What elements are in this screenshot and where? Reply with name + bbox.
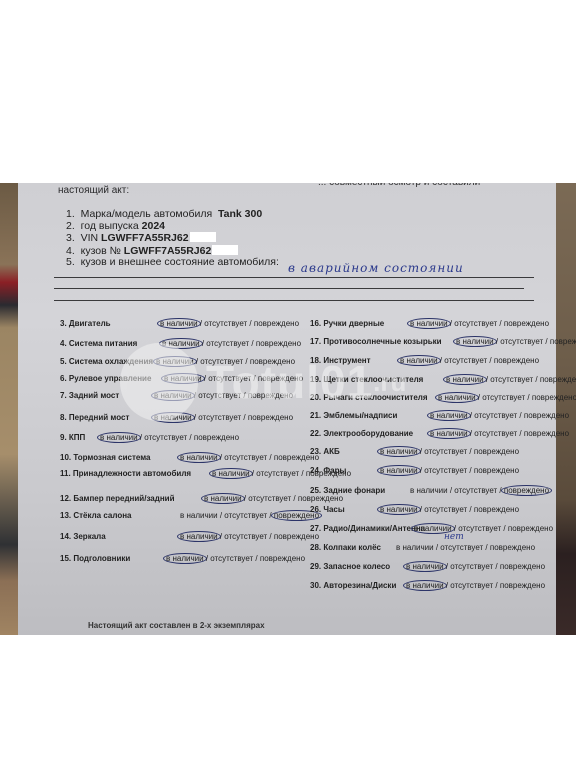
inspection-act-paper: ... совместный осмотр и составили настоя… <box>18 183 556 635</box>
item-options: в наличии / отсутствует / повреждено <box>164 374 303 383</box>
option-damaged[interactable]: повреждено <box>474 505 519 514</box>
intro-text: настоящий акт: <box>58 185 129 196</box>
left-checklist-item: 15. Подголовникив наличии / отсутствует … <box>60 554 130 563</box>
option-present[interactable]: в наличии <box>396 543 434 552</box>
option-damaged[interactable]: повреждено <box>504 319 549 328</box>
item-label: 23. АКБ <box>310 447 340 456</box>
option-damaged[interactable]: повреждено <box>524 429 569 438</box>
option-damaged[interactable]: повреждено <box>194 433 239 442</box>
item-label: 29. Запасное колесо <box>310 562 390 571</box>
right-checklist-item: 27. Радио/Динамики/Антеннав наличии / от… <box>310 524 425 533</box>
item-options: в наличии / отсутствует / повреждено <box>438 393 576 402</box>
option-present[interactable]: в наличии <box>377 465 421 476</box>
item-label: 27. Радио/Динамики/Антенна <box>310 524 425 533</box>
option-damaged[interactable]: повреждено <box>532 393 576 402</box>
item-options: в наличии / отсутствует / повреждено <box>162 339 301 348</box>
option-damaged[interactable]: повреждено <box>524 411 569 420</box>
item-label: 11. Принадлежности автомобиля <box>60 469 191 478</box>
option-absent[interactable]: отсутствует <box>474 429 517 438</box>
right-checklist-item: 22. Электрооборудованиев наличии / отсут… <box>310 429 413 438</box>
option-present[interactable]: в наличии <box>403 561 447 572</box>
item-label: 24. Фары <box>310 466 346 475</box>
left-checklist-item: 8. Передний моств наличии / отсутствует … <box>60 413 129 422</box>
item-label: 5. Система охлаждения <box>60 357 153 366</box>
line-1 <box>54 277 534 278</box>
option-absent[interactable]: отсутствует <box>474 411 517 420</box>
option-present[interactable]: в наличии <box>157 318 201 329</box>
right-checklist-item: 28. Колпаки колёсв наличии / отсутствует… <box>310 543 381 552</box>
option-absent[interactable]: отсутствует <box>144 433 187 442</box>
item-label: 17. Противосолнечные козырьки <box>310 337 442 346</box>
left-checklist-item: 6. Рулевое управлениев наличии / отсутст… <box>60 374 151 383</box>
info-year: 2. год выпуска 2024 <box>66 221 279 233</box>
item-options: в наличии / отсутствует / повреждено <box>156 357 295 366</box>
redaction-box <box>190 232 216 242</box>
item-label: 16. Ручки дверные <box>310 319 384 328</box>
left-checklist-item: 7. Задний моств наличии / отсутствует / … <box>60 391 119 400</box>
handwritten-note: нет <box>444 533 464 542</box>
redaction-box <box>212 245 238 255</box>
item-label: 19. Щетки стеклоочистителя <box>310 375 423 384</box>
option-damaged[interactable]: повреждено <box>260 554 305 563</box>
item-options: в наличии / отсутствует / повреждено <box>400 356 539 365</box>
right-checklist-item: 18. Инструментв наличии / отсутствует / … <box>310 356 371 365</box>
item-label: 21. Эмблемы/надписи <box>310 411 397 420</box>
option-absent[interactable]: отсутствует <box>450 581 493 590</box>
option-absent[interactable]: отсутствует <box>198 413 241 422</box>
left-checklist-item: 5. Система охлажденияв наличии / отсутст… <box>60 357 153 366</box>
vehicle-info-list: 1. Марка/модель автомобиля Tank 300 2. г… <box>66 209 279 269</box>
option-present[interactable]: в наличии <box>427 428 471 439</box>
item-label: 26. Часы <box>310 505 345 514</box>
option-present[interactable]: в наличии <box>180 511 218 520</box>
option-damaged[interactable]: повреждено <box>250 357 295 366</box>
right-checklist-item: 25. Задние фонарив наличии / отсутствует… <box>310 486 385 495</box>
background-left <box>0 183 20 635</box>
item-label: 4. Система питания <box>60 339 137 348</box>
option-absent[interactable]: отсутствует <box>224 511 267 520</box>
item-options: в наличии / отсутствует / повреждено <box>100 433 239 442</box>
left-checklist-item: 13. Стёкла салонав наличии / отсутствует… <box>60 511 131 520</box>
item-label: 10. Тормозная система <box>60 453 150 462</box>
option-damaged[interactable]: повреждено <box>540 375 576 384</box>
item-options: в наличии / отсутствует / повреждено <box>430 411 569 420</box>
item-label: 14. Зеркала <box>60 532 106 541</box>
option-absent[interactable]: отсутствует <box>450 562 493 571</box>
option-absent[interactable]: отсутствует <box>206 339 249 348</box>
left-checklist-item: 14. Зеркалав наличии / отсутствует / пов… <box>60 532 106 541</box>
option-absent[interactable]: отсутствует <box>458 524 501 533</box>
item-label: 8. Передний мост <box>60 413 129 422</box>
item-label: 22. Электрооборудование <box>310 429 413 438</box>
item-label: 25. Задние фонари <box>310 486 385 495</box>
option-present[interactable]: в наличии <box>427 410 471 421</box>
option-damaged[interactable]: повреждено <box>494 356 539 365</box>
handwritten-condition: в аварийном состоянии <box>288 261 464 275</box>
intro-cut-text: ... совместный осмотр и составили <box>318 183 480 188</box>
option-present[interactable]: в наличии <box>151 412 195 423</box>
item-options: в наличии / отсутствует / повреждено <box>180 511 319 520</box>
left-checklist-item: 4. Система питанияв наличии / отсутствуе… <box>60 339 137 348</box>
item-label: 30. Авторезина/Диски <box>310 581 396 590</box>
option-absent[interactable]: отсутствует <box>204 319 247 328</box>
option-damaged[interactable]: повреждено <box>550 337 576 346</box>
option-absent[interactable]: отсутствует <box>210 554 253 563</box>
option-present[interactable]: в наличии <box>159 338 203 349</box>
option-damaged[interactable]: повреждено <box>258 374 303 383</box>
option-present[interactable]: в наличии <box>209 468 253 479</box>
right-checklist-item: 21. Эмблемы/надписив наличии / отсутству… <box>310 411 397 420</box>
item-label: 28. Колпаки колёс <box>310 543 381 552</box>
right-checklist-item: 29. Запасное колесов наличии / отсутству… <box>310 562 390 571</box>
option-absent[interactable]: отсутствует <box>500 337 543 346</box>
footer-note: Настоящий акт составлен в 2-х экземпляра… <box>88 621 265 630</box>
left-checklist-item: 3. Двигательв наличии / отсутствует / по… <box>60 319 111 328</box>
item-options: в наличии / отсутствует / повреждено <box>406 562 545 571</box>
left-checklist-item: 11. Принадлежности автомобиляв наличии /… <box>60 469 191 478</box>
left-checklist-item: 12. Бампер передний/заднийв наличии / от… <box>60 494 175 503</box>
option-damaged[interactable]: повреждено <box>500 581 545 590</box>
right-checklist-item: 17. Противосолнечные козырькив наличии /… <box>310 337 442 346</box>
right-checklist-item: 16. Ручки дверныев наличии / отсутствует… <box>310 319 384 328</box>
line-2 <box>54 288 524 289</box>
option-damaged[interactable]: повреждено <box>474 447 519 456</box>
item-options: в наличии / отсутствует / повреждено <box>166 554 305 563</box>
option-absent[interactable]: отсутствует <box>198 391 241 400</box>
option-present[interactable]: в наличии <box>97 432 141 443</box>
option-absent[interactable]: отсутствует <box>444 356 487 365</box>
option-present[interactable]: в наличии <box>201 493 245 504</box>
document-photo: ... совместный осмотр и составили настоя… <box>0 183 576 635</box>
item-options: в наличии / отсутствует / повреждено <box>380 505 519 514</box>
item-label: 6. Рулевое управление <box>60 374 151 383</box>
option-absent[interactable]: отсутствует <box>440 543 483 552</box>
option-absent[interactable]: отсутствует <box>424 447 467 456</box>
option-damaged[interactable]: повреждено <box>501 485 552 496</box>
left-checklist: 3. Двигательв наличии / отсутствует / по… <box>60 319 310 619</box>
option-absent[interactable]: отсутствует <box>208 374 251 383</box>
option-damaged[interactable]: повреждено <box>474 466 519 475</box>
item-options: в наличии / отсутствует / повреждено <box>380 466 519 475</box>
item-options: в наличии / отсутствует / поврежденонет <box>396 543 535 552</box>
option-damaged[interactable]: повреждено <box>248 413 293 422</box>
item-options: в наличии / отсутствует / повреждено <box>430 429 569 438</box>
item-options: в наличии / отсутствует / повреждено <box>406 581 545 590</box>
left-checklist-item: 9. КППв наличии / отсутствует / поврежде… <box>60 433 85 442</box>
item-options: в наличии / отсутствует / повреждено <box>414 524 553 533</box>
option-present[interactable]: в наличии <box>377 504 421 515</box>
option-absent[interactable]: отсутствует <box>424 466 467 475</box>
option-present[interactable]: в наличии <box>161 373 205 384</box>
item-options: в наличии / отсутствует / повреждено <box>410 486 549 495</box>
option-damaged[interactable]: повреждено <box>256 339 301 348</box>
item-label: 12. Бампер передний/задний <box>60 494 175 503</box>
item-label: 7. Задний мост <box>60 391 119 400</box>
right-checklist-item: 26. Часыв наличии / отсутствует / повреж… <box>310 505 345 514</box>
item-label: 13. Стёкла салона <box>60 511 131 520</box>
item-label: 9. КПП <box>60 433 85 442</box>
option-present[interactable]: в наличии <box>377 446 421 457</box>
option-absent[interactable]: отсутствует <box>248 494 291 503</box>
option-present[interactable]: в наличии <box>163 553 207 564</box>
option-present[interactable]: в наличии <box>453 336 497 347</box>
option-absent[interactable]: отсутствует <box>224 532 267 541</box>
option-absent[interactable]: отсутствует <box>200 357 243 366</box>
option-absent[interactable]: отсутствует <box>454 319 497 328</box>
option-absent[interactable]: отсутствует <box>224 453 267 462</box>
option-present[interactable]: в наличии <box>403 580 447 591</box>
item-options: в наличии / отсутствует / повреждено <box>456 337 576 346</box>
option-present[interactable]: в наличии <box>443 374 487 385</box>
option-damaged[interactable]: повреждено <box>508 524 553 533</box>
option-present[interactable]: в наличии <box>177 531 221 542</box>
option-damaged[interactable]: повреждено <box>254 319 299 328</box>
right-checklist-item: 19. Щетки стеклоочистителяв наличии / от… <box>310 375 423 384</box>
option-present[interactable]: в наличии <box>177 452 221 463</box>
item-label: 15. Подголовники <box>60 554 130 563</box>
option-absent[interactable]: отсутствует <box>490 375 533 384</box>
right-checklist-item: 30. Авторезина/Дискив наличии / отсутств… <box>310 581 396 590</box>
line-3 <box>54 300 534 301</box>
item-options: в наличии / отсутствует / повреждено <box>180 532 319 541</box>
right-checklist-item: 24. Фарыв наличии / отсутствует / повреж… <box>310 466 346 475</box>
item-label: 18. Инструмент <box>310 356 371 365</box>
option-present[interactable]: в наличии <box>153 356 197 367</box>
option-present[interactable]: в наличии <box>410 486 448 495</box>
item-options: в наличии / отсутствует / повреждено <box>380 447 519 456</box>
option-absent[interactable]: отсутствует <box>454 486 497 495</box>
option-absent[interactable]: отсутствует <box>256 469 299 478</box>
option-present[interactable]: в наличии <box>397 355 441 366</box>
option-damaged[interactable]: повреждено <box>490 543 535 552</box>
item-options: в наличии / отсутствует / повреждено <box>154 391 293 400</box>
right-checklist-item: 20. Рычаги стеклоочистителяв наличии / о… <box>310 393 428 402</box>
item-label: 20. Рычаги стеклоочистителя <box>310 393 428 402</box>
right-checklist: 16. Ручки дверныев наличии / отсутствует… <box>310 319 560 619</box>
left-checklist-item: 10. Тормозная системав наличии / отсутст… <box>60 453 150 462</box>
option-present[interactable]: в наличии <box>151 390 195 401</box>
option-damaged[interactable]: повреждено <box>248 391 293 400</box>
info-vin: 3. VIN LGWFF7A55RJ62 <box>66 232 279 245</box>
item-options: в наличии / отсутствует / повреждено <box>154 413 293 422</box>
option-present[interactable]: в наличии <box>407 318 451 329</box>
item-options: в наличии / отсутствует / повреждено <box>446 375 576 384</box>
right-checklist-item: 23. АКБв наличии / отсутствует / поврежд… <box>310 447 340 456</box>
option-present[interactable]: в наличии <box>435 392 479 403</box>
option-damaged[interactable]: повреждено <box>500 562 545 571</box>
info-body-condition: 5. кузов и внешнее состояние автомобиля: <box>66 257 279 269</box>
item-label: 3. Двигатель <box>60 319 111 328</box>
item-options: в наличии / отсутствует / повреждено <box>160 319 299 328</box>
option-absent[interactable]: отсутствует <box>424 505 467 514</box>
option-absent[interactable]: отсутствует <box>482 393 525 402</box>
item-options: в наличии / отсутствует / повреждено <box>180 453 319 462</box>
item-options: в наличии / отсутствует / повреждено <box>410 319 549 328</box>
